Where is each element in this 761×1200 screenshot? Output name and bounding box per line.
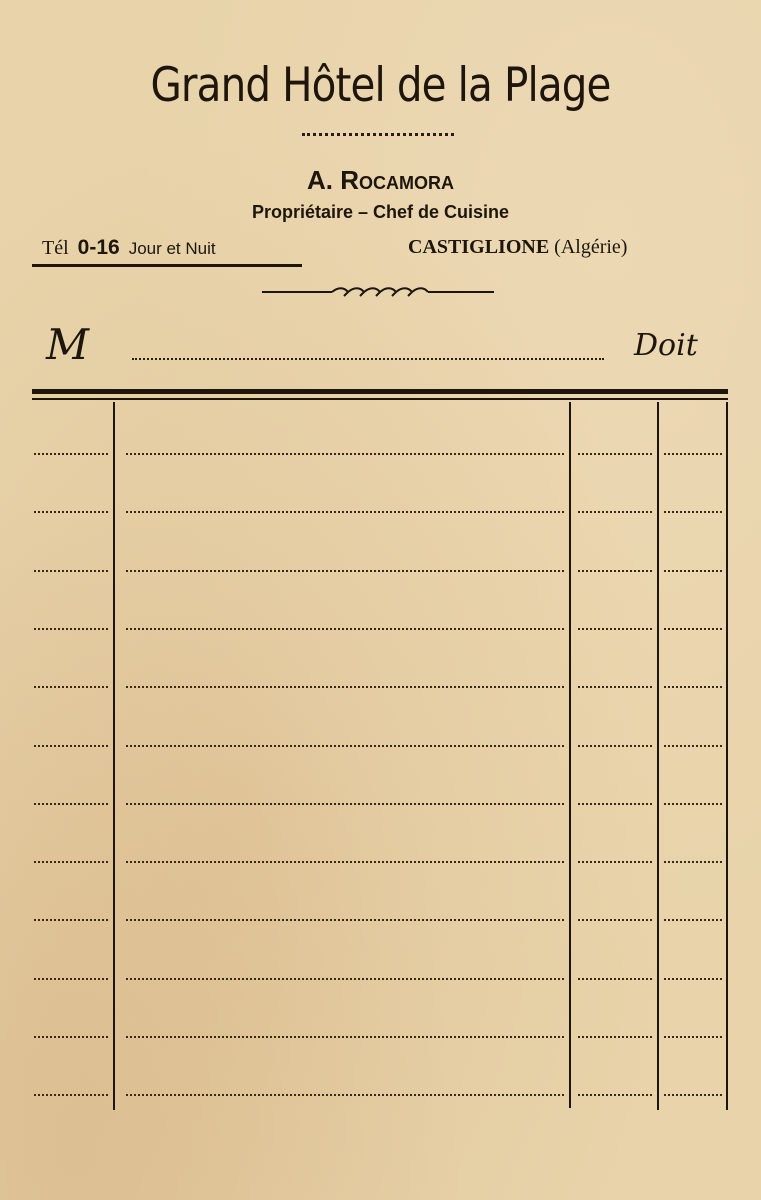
ledger-cell-amount-francs[interactable] xyxy=(578,570,652,572)
greek-key-ornament xyxy=(262,284,494,300)
ledger-cell-amount-francs[interactable] xyxy=(578,453,652,455)
ledger-cell-description[interactable] xyxy=(126,511,564,513)
tel-underline xyxy=(32,264,302,267)
ledger-cell-amount-centimes[interactable] xyxy=(664,511,722,513)
ledger-cell-amount-centimes[interactable] xyxy=(664,628,722,630)
ledger-cell-description[interactable] xyxy=(126,453,564,455)
telephone-line: Tél 0-16 Jour et Nuit xyxy=(42,236,216,260)
proprietor-name: A. Rocamora xyxy=(0,165,761,196)
ledger-cell-amount-francs[interactable] xyxy=(578,978,652,980)
ledger-cell-date[interactable] xyxy=(34,570,108,572)
ledger-cell-date[interactable] xyxy=(34,861,108,863)
tel-label: Tél xyxy=(42,237,69,259)
ledger-cell-amount-francs[interactable] xyxy=(578,511,652,513)
ledger-cell-description[interactable] xyxy=(126,1036,564,1038)
ledger-cell-date[interactable] xyxy=(34,978,108,980)
ledger-cell-description[interactable] xyxy=(126,1094,564,1096)
ledger-cell-date[interactable] xyxy=(34,453,108,455)
column-divider-centimes xyxy=(726,402,728,1110)
owes-label: Doit xyxy=(634,328,698,363)
ledger-cell-description[interactable] xyxy=(126,745,564,747)
tel-hours: Jour et Nuit xyxy=(129,239,216,258)
ledger-cell-amount-centimes[interactable] xyxy=(664,686,722,688)
city: CASTIGLIONE xyxy=(408,236,549,258)
tel-number: 0-16 xyxy=(78,236,120,259)
ledger-cell-description[interactable] xyxy=(126,978,564,980)
ledger-cell-amount-centimes[interactable] xyxy=(664,978,722,980)
location-line: CASTIGLIONE (Algérie) xyxy=(408,236,627,259)
ledger-cell-date[interactable] xyxy=(34,686,108,688)
header-thin-rule xyxy=(32,398,728,400)
ledger-cell-description[interactable] xyxy=(126,861,564,863)
ledger-cell-description[interactable] xyxy=(126,628,564,630)
column-divider-francs xyxy=(657,402,659,1110)
ledger-cell-description[interactable] xyxy=(126,919,564,921)
ledger-cell-amount-centimes[interactable] xyxy=(664,919,722,921)
ledger-cell-amount-centimes[interactable] xyxy=(664,1094,722,1096)
ledger-cell-date[interactable] xyxy=(34,1036,108,1038)
ledger-cell-amount-francs[interactable] xyxy=(578,745,652,747)
ledger-cell-amount-francs[interactable] xyxy=(578,686,652,688)
ledger-cell-amount-francs[interactable] xyxy=(578,1036,652,1038)
ledger-cell-description[interactable] xyxy=(126,803,564,805)
column-divider-description xyxy=(569,402,571,1108)
ledger-cell-amount-francs[interactable] xyxy=(578,861,652,863)
ledger-cell-amount-centimes[interactable] xyxy=(664,745,722,747)
addressee-field[interactable] xyxy=(132,358,604,360)
ledger-cell-amount-francs[interactable] xyxy=(578,803,652,805)
country: (Algérie) xyxy=(554,236,627,258)
ledger-cell-date[interactable] xyxy=(34,628,108,630)
header-thick-rule xyxy=(32,389,728,394)
ledger-cell-amount-centimes[interactable] xyxy=(664,861,722,863)
ledger-cell-amount-centimes[interactable] xyxy=(664,453,722,455)
ledger-cell-amount-francs[interactable] xyxy=(578,1094,652,1096)
ledger-cell-date[interactable] xyxy=(34,511,108,513)
column-divider-date xyxy=(113,402,115,1110)
ledger-cell-date[interactable] xyxy=(34,745,108,747)
ledger-cell-description[interactable] xyxy=(126,686,564,688)
ledger-cell-amount-centimes[interactable] xyxy=(664,1036,722,1038)
title-dotted-divider xyxy=(302,133,454,136)
ledger-cell-date[interactable] xyxy=(34,803,108,805)
addressee-label: M xyxy=(46,320,89,369)
hotel-name: Grand Hôtel de la Plage xyxy=(53,58,707,113)
ledger-cell-date[interactable] xyxy=(34,919,108,921)
ledger-cell-amount-francs[interactable] xyxy=(578,628,652,630)
ledger-cell-amount-francs[interactable] xyxy=(578,919,652,921)
ledger-cell-amount-centimes[interactable] xyxy=(664,803,722,805)
ledger-cell-description[interactable] xyxy=(126,570,564,572)
ledger-cell-date[interactable] xyxy=(34,1094,108,1096)
ledger-cell-amount-centimes[interactable] xyxy=(664,570,722,572)
proprietor-role: Propriétaire – Chef de Cuisine xyxy=(0,202,761,223)
